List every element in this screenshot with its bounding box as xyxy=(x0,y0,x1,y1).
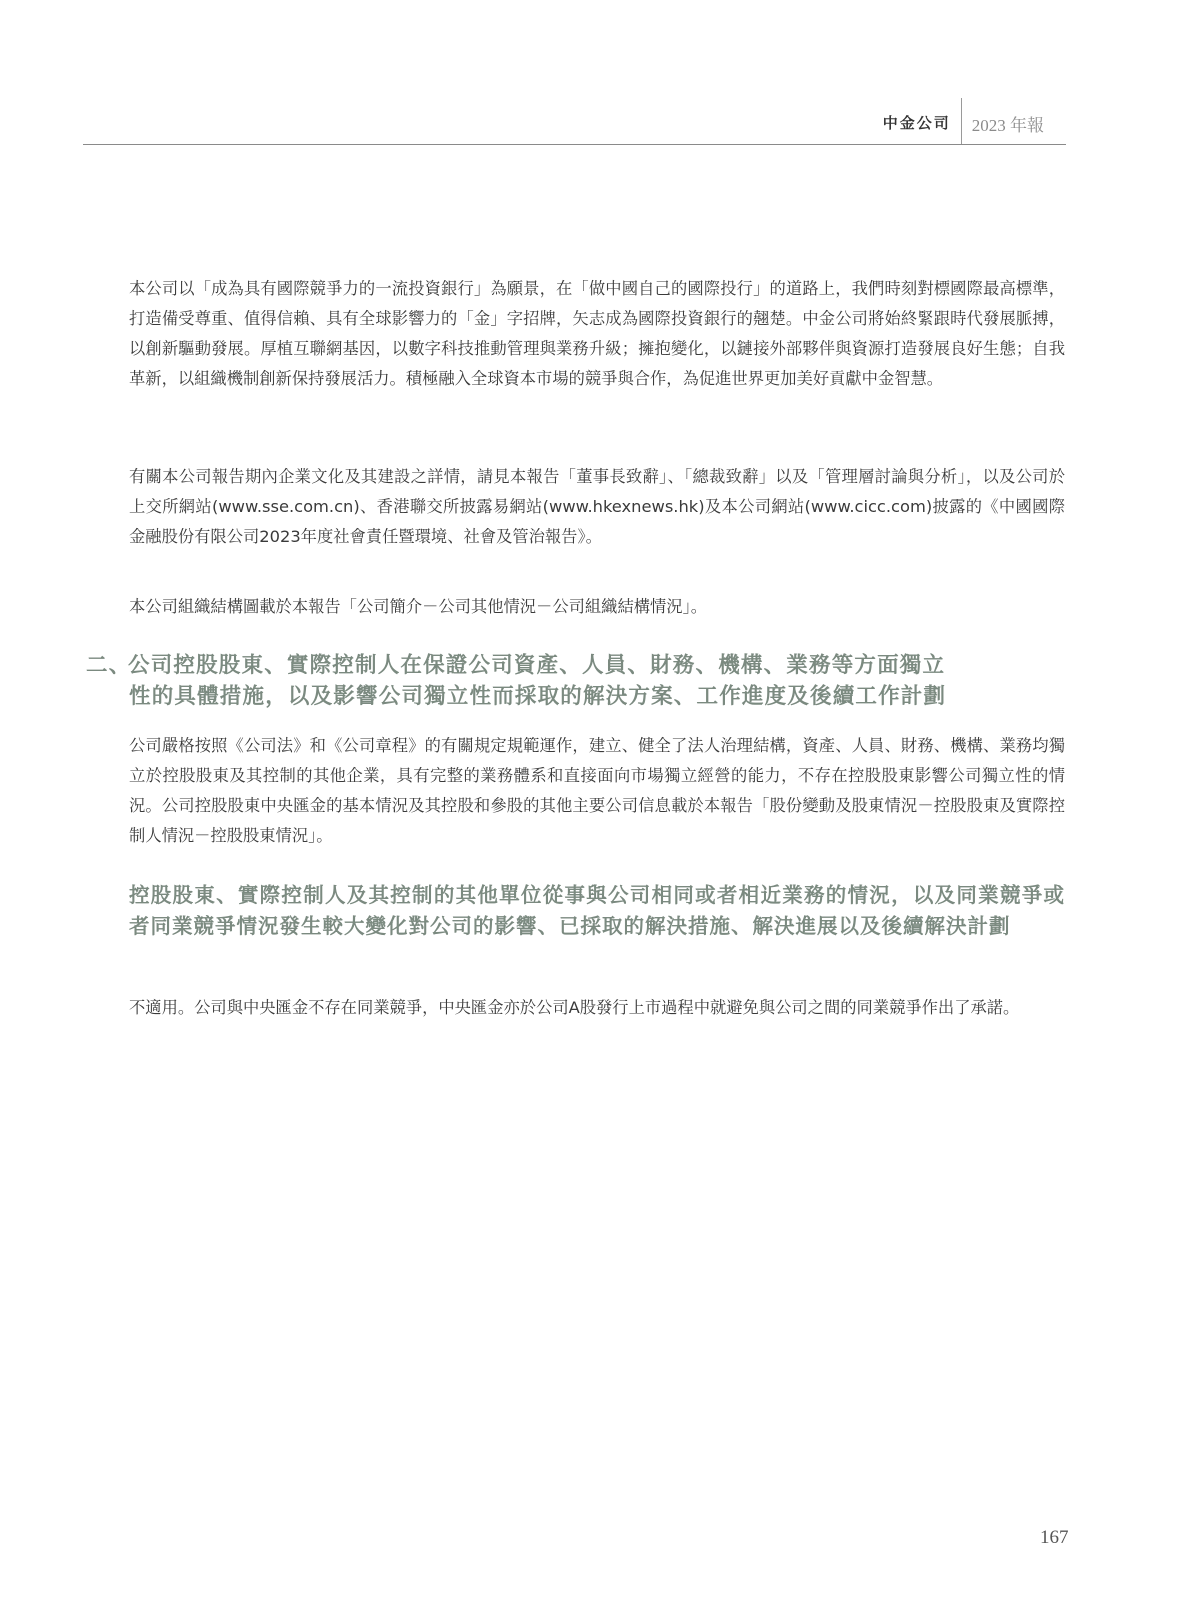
competition-subheading: 控股股東、實際控制人及其控制的其他單位從事與公司相同或者相近業務的情況，以及同業… xyxy=(129,880,1065,942)
page-header: 中金公司 2023 年報 xyxy=(83,98,1066,145)
competition-paragraph: 不適用。公司與中央匯金不存在同業競爭，中央匯金亦於公司A股發行上市過程中就避免與… xyxy=(129,993,1065,1023)
header-rule xyxy=(83,144,1066,145)
section-2-title-line2: 性的具體措施，以及影響公司獨立性而採取的解決方案、工作進度及後續工作計劃 xyxy=(86,681,1066,712)
page-number: 167 xyxy=(1040,1527,1069,1549)
section-2-title-line1: 公司控股股東、實際控制人在保證公司資產、人員、財務、機構、業務等方面獨立 xyxy=(128,653,945,678)
vision-paragraph: 本公司以「成為具有國際競爭力的一流投資銀行」為願景，在「做中國自己的國際投行」的… xyxy=(129,274,1065,394)
section-2-number: 二、 xyxy=(86,650,128,681)
header-title-group: 中金公司 2023 年報 xyxy=(883,98,1044,145)
section-2-heading: 二、公司控股股東、實際控制人在保證公司資產、人員、財務、機構、業務等方面獨立 性… xyxy=(86,650,1066,712)
culture-paragraph: 有關本公司報告期內企業文化及其建設之詳情，請見本報告「董事長致辭」、「總裁致辭」… xyxy=(129,462,1065,552)
report-page: 中金公司 2023 年報 本公司以「成為具有國際競爭力的一流投資銀行」為願景，在… xyxy=(0,0,1190,1615)
header-company-name: 中金公司 xyxy=(883,98,961,133)
org-chart-paragraph: 本公司組織結構圖載於本報告「公司簡介－公司其他情況－公司組織結構情況」。 xyxy=(129,592,1065,622)
header-report-year: 2023 年報 xyxy=(962,98,1044,136)
independence-paragraph: 公司嚴格按照《公司法》和《公司章程》的有關規定規範運作，建立、健全了法人治理結構… xyxy=(129,731,1065,851)
